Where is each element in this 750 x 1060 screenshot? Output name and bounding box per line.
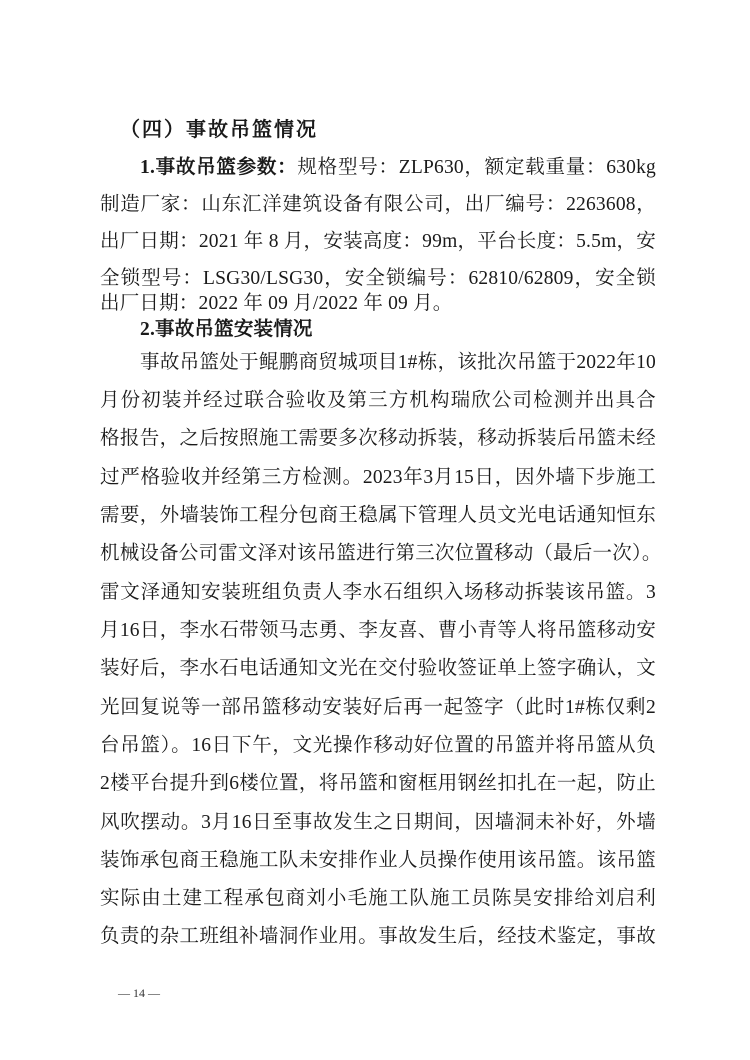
body-line-6: 机械设备公司雷文泽对该吊篮进行第三次位置移动（最后一次）。 bbox=[100, 541, 656, 567]
body-line-7: 雷文泽通知安装班组负责人李水石组织入场移动拆装该吊篮。3 bbox=[100, 580, 656, 606]
body-line-12: 2楼平台提升到6楼位置，将吊篮和窗框用钢丝扣扎在一起，防止 bbox=[100, 771, 656, 797]
subsection2-heading: 2.事故吊篮安装情况 bbox=[140, 317, 656, 343]
body-line-4: 过严格验收并经第三方检测。2023年3月15日，因外墙下步施工 bbox=[100, 465, 656, 491]
body-line-9: 装好后，李水石电话通知文光在交付验收签证单上签字确认，文 bbox=[100, 656, 656, 682]
subsection1-heading: 1.事故吊篮参数： bbox=[140, 157, 297, 178]
document-page: （四）事故吊篮情况 1.事故吊篮参数：规格型号：ZLP630，额定载重量：630… bbox=[0, 0, 750, 1060]
body-line-3: 格报告，之后按照施工需要多次移动拆装，移动拆装后吊篮未经 bbox=[100, 426, 656, 452]
body-line-14: 装饰承包商王稳施工队未安排作业人员操作使用该吊篮。该吊篮 bbox=[100, 848, 656, 874]
param-line-2: 制造厂家：山东汇洋建筑设备有限公司，出厂编号：2263608， bbox=[100, 192, 656, 218]
body-line-16: 负责的杂工班组补墙洞作业用。事故发生后，经技术鉴定，事故 bbox=[100, 924, 656, 950]
section-title: （四）事故吊篮情况 bbox=[120, 117, 676, 143]
param-text-1: 规格型号：ZLP630，额定载重量：630kg bbox=[297, 157, 656, 178]
body-line-15: 实际由土建工程承包商刘小毛施工队施工员陈昊安排给刘启利 bbox=[100, 886, 656, 912]
body-line-13: 风吹摆动。3月16日至事故发生之日期间，因墙洞未补好，外墙 bbox=[100, 810, 656, 836]
param-line-4: 全锁型号：LSG30/LSG30，安全锁编号：62810/62809，安全锁 bbox=[100, 266, 656, 292]
body-line-2: 月份初装并经过联合验收及第三方机构瑞欣公司检测并出具合 bbox=[100, 388, 656, 414]
body-line-11: 台吊篮）。16日下午，文光操作移动好位置的吊篮并将吊篮从负 bbox=[100, 733, 656, 759]
body-line-1: 事故吊篮处于鲲鹏商贸城项目1#栋，该批次吊篮于2022年10 bbox=[140, 350, 656, 376]
param-line-5: 出厂日期：2022 年 09 月/2022 年 09 月。 bbox=[100, 291, 656, 317]
param-line-1: 1.事故吊篮参数：规格型号：ZLP630，额定载重量：630kg bbox=[140, 155, 656, 181]
body-line-5: 需要，外墙装饰工程分包商王稳属下管理人员文光电话通知恒东 bbox=[100, 503, 656, 529]
body-line-8: 月16日，李水石带领马志勇、李友喜、曹小青等人将吊篮移动安 bbox=[100, 618, 656, 644]
body-line-10: 光回复说等一部吊篮移动安装好后再一起签字（此时1#栋仅剩2 bbox=[100, 695, 656, 721]
param-line-3: 出厂日期：2021 年 8 月，安装高度：99m，平台长度：5.5m，安 bbox=[100, 229, 656, 255]
page-number: — 14 — bbox=[118, 986, 160, 1001]
